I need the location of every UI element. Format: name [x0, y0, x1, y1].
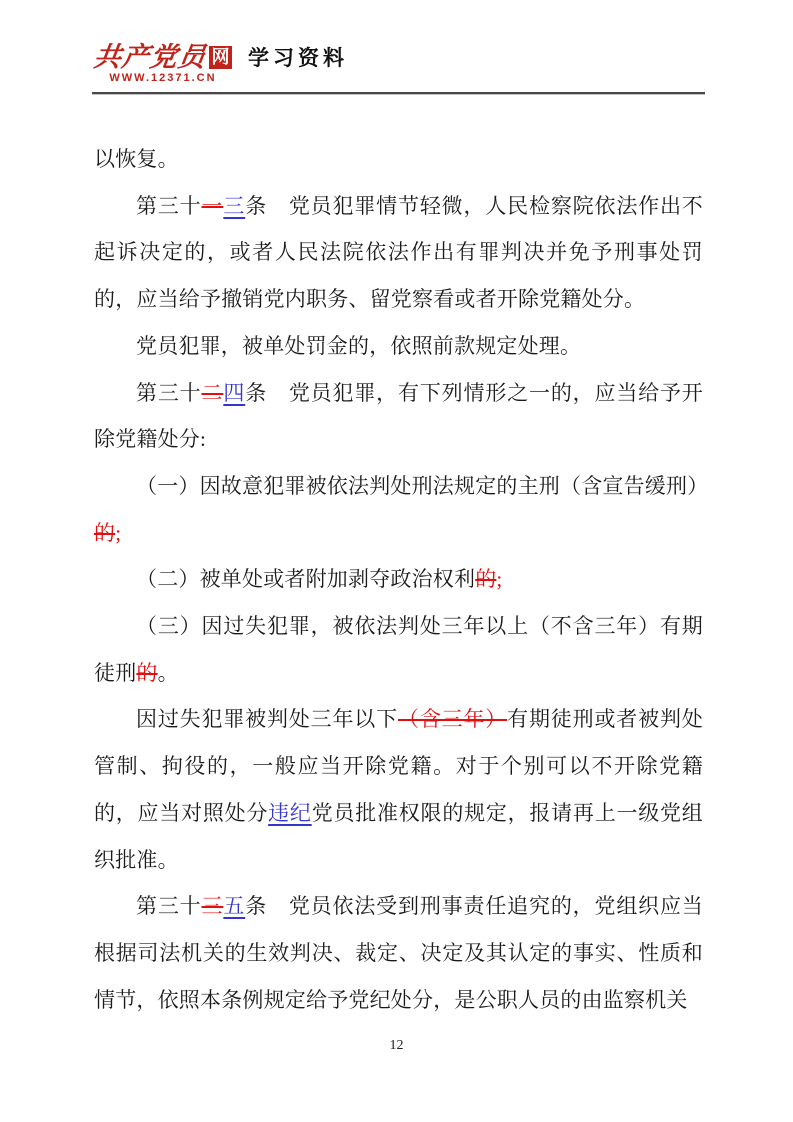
logo-net-badge: 网 — [209, 46, 232, 69]
deleted-text: 的 — [475, 567, 496, 591]
document-body: 以恢复。第三十一三条 党员犯罪情节轻微，人民检察院依法作出不起诉决定的，或者人民… — [94, 136, 703, 1023]
deleted-text: 的 — [94, 521, 115, 545]
text-run: （二）被单处或者附加剥夺政治权利 — [136, 567, 475, 591]
inserted-text: 四 — [223, 381, 245, 405]
inserted-text: 违纪 — [268, 801, 312, 825]
text-run: 第三十 — [136, 381, 202, 405]
inserted-text: 五 — [223, 894, 245, 918]
paragraph: 以恢复。 — [94, 136, 703, 183]
paragraph: 第三十三五条 党员依法受到刑事责任追究的，党组织应当根据司法机关的生效判决、裁定… — [94, 883, 703, 1023]
text-run: 党员犯罪，被单处罚金的，依照前款规定处理。 — [136, 334, 581, 358]
text-run: 第三十 — [136, 894, 202, 918]
logo-url-text: WWW.12371.CN — [94, 72, 232, 84]
paragraph: 因过失犯罪被判处三年以下（含三年）有期徒刑或者被判处管制、拘役的，一般应当开除党… — [94, 696, 703, 883]
deleted-text: 一 — [202, 194, 224, 218]
deleted-text: 三 — [202, 894, 224, 918]
paragraph: （三）因过失犯罪，被依法判处三年以上（不含三年）有期徒刑的。 — [94, 603, 703, 696]
paragraph: 党员犯罪，被单处罚金的，依照前款规定处理。 — [94, 323, 703, 370]
red-text: ; — [115, 521, 121, 545]
deleted-text: 二 — [202, 381, 224, 405]
deleted-text: 的 — [136, 661, 157, 685]
header-divider-line — [92, 92, 705, 94]
header-doc-label: 学习资料 — [248, 42, 348, 84]
paragraph: （二）被单处或者附加剥夺政治权利的; — [94, 556, 703, 603]
text-run: 因过失犯罪被判处三年以下 — [136, 707, 398, 731]
paragraph: 第三十一三条 党员犯罪情节轻微，人民检察院依法作出不起诉决定的，或者人民法院依法… — [94, 183, 703, 323]
document-page: 共产党员 网 WWW.12371.CN 学习资料 以恢复。第三十一三条 党员犯罪… — [0, 0, 793, 1122]
deleted-text: （含三年） — [398, 707, 507, 731]
page-number: 12 — [390, 1038, 404, 1053]
red-text: ; — [496, 567, 502, 591]
inserted-text: 三 — [223, 194, 245, 218]
text-run: 。 — [158, 661, 179, 685]
logo-wordmark: 共产党员 网 — [94, 44, 232, 71]
paragraph: （一）因故意犯罪被依法判处刑法规定的主刑（含宣告缓刑）的; — [94, 463, 703, 556]
text-run: 第三十 — [136, 194, 202, 218]
paragraph: 第三十二四条 党员犯罪，有下列情形之一的，应当给予开除党籍处分: — [94, 370, 703, 463]
text-run: （三）因过失犯罪，被依法判处三年以上（不含三年）有期徒刑 — [94, 614, 703, 685]
site-logo: 共产党员 网 WWW.12371.CN — [94, 44, 232, 84]
text-run: （一）因故意犯罪被依法判处刑法规定的主刑（含宣告缓刑） — [136, 474, 708, 498]
page-footer: 12 — [0, 1036, 793, 1054]
logo-calligraphy-text: 共产党员 — [92, 44, 208, 71]
text-run: 以恢复。 — [94, 147, 179, 171]
page-header: 共产党员 网 WWW.12371.CN 学习资料 — [94, 42, 348, 84]
